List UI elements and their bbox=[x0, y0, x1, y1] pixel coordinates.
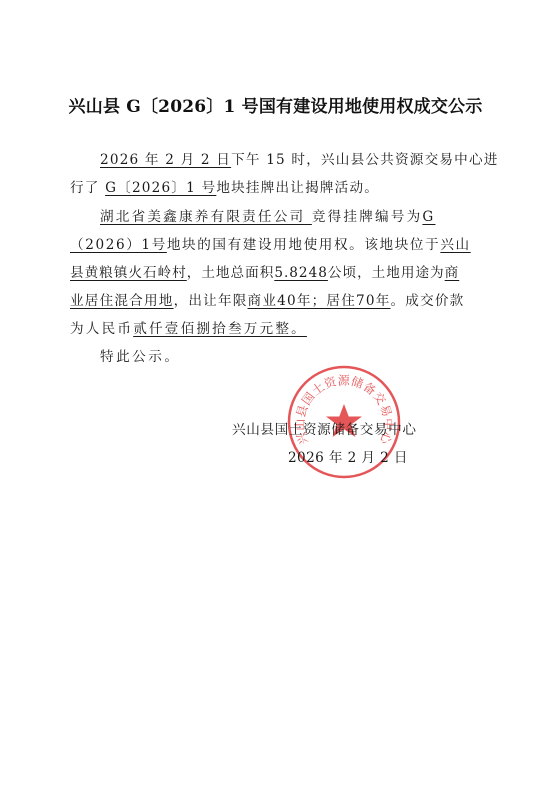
closing-text: 特此公示。 bbox=[100, 345, 180, 365]
location-prefix: 兴山 bbox=[440, 237, 470, 253]
lease-term: 商业40年；居住70年 bbox=[248, 293, 391, 309]
paragraph-1-line-1: 2026 年 2 月 2 日下午 15 时，兴山县公共资源交易中心进 bbox=[100, 148, 499, 168]
paragraph-2-line-5: 为人民币贰仟壹佰捌拾叁万元整。 bbox=[70, 317, 307, 337]
text: 下午 15 时，兴山县公共资源交易中心进 bbox=[231, 152, 498, 168]
land-use: 业居住混合用地 bbox=[70, 293, 174, 309]
lot-number-prefix: G bbox=[422, 209, 435, 225]
paragraph-2-line-3: 县黄粮镇火石岭村，土地总面积5.8248公顷，土地用途为商 bbox=[70, 261, 459, 281]
announcement-date: 2026 年 2 月 2 日 bbox=[100, 152, 231, 168]
text: 竞得挂牌编号为 bbox=[312, 209, 423, 225]
paragraph-2-line-2: （2026）1号地块的国有建设用地使用权。该地块位于兴山 bbox=[70, 233, 471, 253]
lot-number: （2026）1号 bbox=[70, 237, 167, 253]
winning-bidder: 湖北省美鑫康养有限责任公司 bbox=[100, 209, 312, 225]
paragraph-2-line-4: 业居住混合用地，出让年限商业40年；居住70年。成交价款 bbox=[70, 289, 464, 309]
text: 为人民币 bbox=[70, 321, 133, 337]
text: ，土地总面积 bbox=[187, 265, 275, 281]
location: 县黄粮镇火石岭村 bbox=[70, 265, 187, 281]
land-area: 5.8248 bbox=[274, 265, 328, 281]
lot-number: G〔2026〕1 号 bbox=[105, 180, 216, 196]
text: 公顷，土地用途为 bbox=[328, 265, 445, 281]
text: 。成交价款 bbox=[390, 293, 464, 309]
signature-date: 2026 年 2 月 2 日 bbox=[288, 446, 408, 466]
text: 地块的国有建设用地使用权。该地块位于 bbox=[167, 237, 441, 253]
page-title: 兴山县 G〔2026〕1 号国有建设用地使用权成交公示 bbox=[0, 92, 551, 117]
signature-organization: 兴山县国土资源储备交易中心 bbox=[232, 418, 417, 438]
text: 地块挂牌出让揭牌活动。 bbox=[216, 180, 379, 196]
paragraph-1-line-2: 行了 G〔2026〕1 号地块挂牌出让揭牌活动。 bbox=[70, 176, 379, 196]
document-page: 兴山县 G〔2026〕1 号国有建设用地使用权成交公示 2026 年 2 月 2… bbox=[0, 0, 551, 787]
text: 行了 bbox=[70, 180, 105, 196]
transaction-price: 贰仟壹佰捌拾叁万元整。 bbox=[133, 321, 307, 337]
paragraph-2-line-1: 湖北省美鑫康养有限责任公司 竞得挂牌编号为G bbox=[100, 205, 435, 225]
text: ，出让年限 bbox=[174, 293, 248, 309]
land-use-prefix: 商 bbox=[445, 265, 460, 281]
